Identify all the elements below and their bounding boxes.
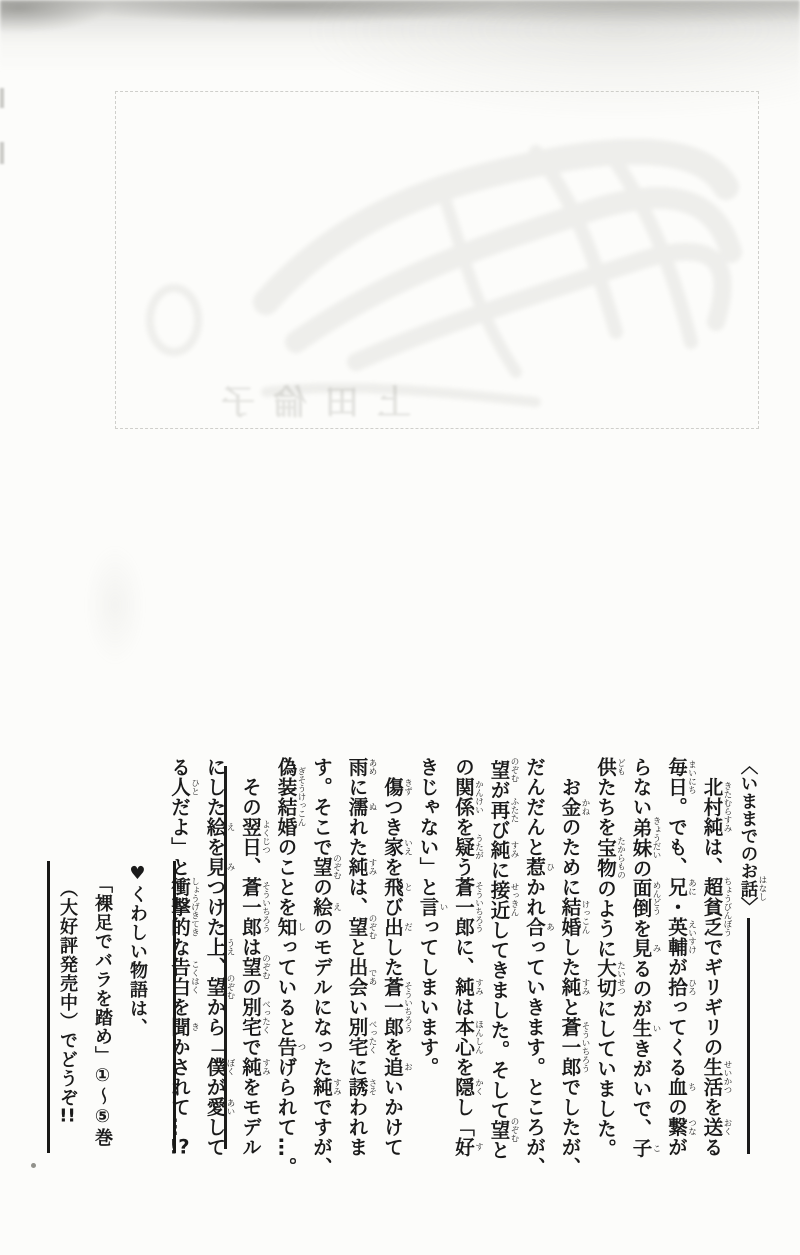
promo-column: ♥くわしい物語は、 [120, 863, 155, 1155]
scan-mark-left-edge [0, 142, 4, 164]
story-column: 供どもたちを宝物たからもののように大切たいせつにしていました。 [590, 757, 626, 1177]
story-column: す。そこで望のぞむの絵えのモデルになった純すみですが、 [306, 757, 342, 1177]
story-header-column: 〈いままでのお話はなし〉 [732, 757, 767, 1177]
ink-speck [31, 1163, 36, 1168]
story-column: きじゃない」と言いってしまいます。 [413, 757, 449, 1177]
promo-box: ♥くわしい物語は、「裸足でバラを踏め」①～⑤巻（大好評発売中）でどうぞ!! [47, 861, 176, 1153]
promo-text: ♥くわしい物語は、「裸足でバラを踏め」①～⑤巻（大好評発売中）でどうぞ!! [50, 861, 165, 1155]
promo-column: 「裸足でバラを踏め」①～⑤巻 [85, 863, 120, 1155]
story-column: 雨あめに濡ぬれた純すみは、望のぞむと出会であい別宅べったくに誘さそわれま [342, 757, 378, 1177]
header-rule-line [747, 918, 750, 1154]
manga-recap-page: { "colors": { "background": "#fcfcfa", "… [0, 0, 800, 1255]
story-column: の関係かんけいを疑うたがう蒼一郎そういちろうに、純すみは本心ほんしんを隠かくし「… [448, 757, 484, 1177]
scan-mark-left-edge [0, 88, 4, 108]
story-column: その翌日よくじつ、蒼一郎そういちろうは望のぞむの別宅べったくで純すみをモデル [235, 757, 271, 1177]
tate-chu-yoko: !! [57, 1107, 78, 1125]
bleedthrough-author-text: 上田倫子 [151, 375, 411, 424]
story-column: らない弟妹きょうだいの面倒めんどうを見みるのが生いきがいで、子こ [626, 757, 662, 1177]
story-column: 北村純きたむらすみは、超貧乏ちょうびんぼうでギリギリの生活せいかつを送おくる [697, 757, 733, 1177]
story-column: 傷きずつき家いえを飛とび出だした蒼一郎そういちろうを追おいかけて [377, 757, 413, 1177]
story-column: 毎日まいにち。でも、兄あに・英輔えいすけが拾ひろってくる血ちの繋つなが [661, 757, 697, 1177]
bleedthrough-artwork-box: 上田倫子 [115, 91, 759, 429]
story-column: お金かねのために結婚けっこんした純すみと蒼一郎そういちろうでしたが、 [555, 757, 591, 1177]
story-column: だんだんと惹ひかれ合あっていきます。ところが、 [519, 757, 555, 1177]
scan-noise-blob [85, 545, 145, 665]
story-recap-text: 〈いままでのお話はなし〉北村純きたむらすみは、超貧乏ちょうびんぼうでギリギリの生… [164, 757, 767, 1177]
story-column: にした絵えを見みつけた上うえ、望のぞむから「僕ぼくが愛あいして [200, 757, 236, 1177]
promo-column: （大好評発売中）でどうぞ!! [50, 863, 85, 1155]
story-column: 望のぞむが再ふたたび純すみに接近せっきんしてきました。そして望のぞむと [484, 757, 520, 1177]
story-column: 偽装結婚ぎそうけっこんのことを知しっていると告つげられて…。 [271, 757, 307, 1177]
